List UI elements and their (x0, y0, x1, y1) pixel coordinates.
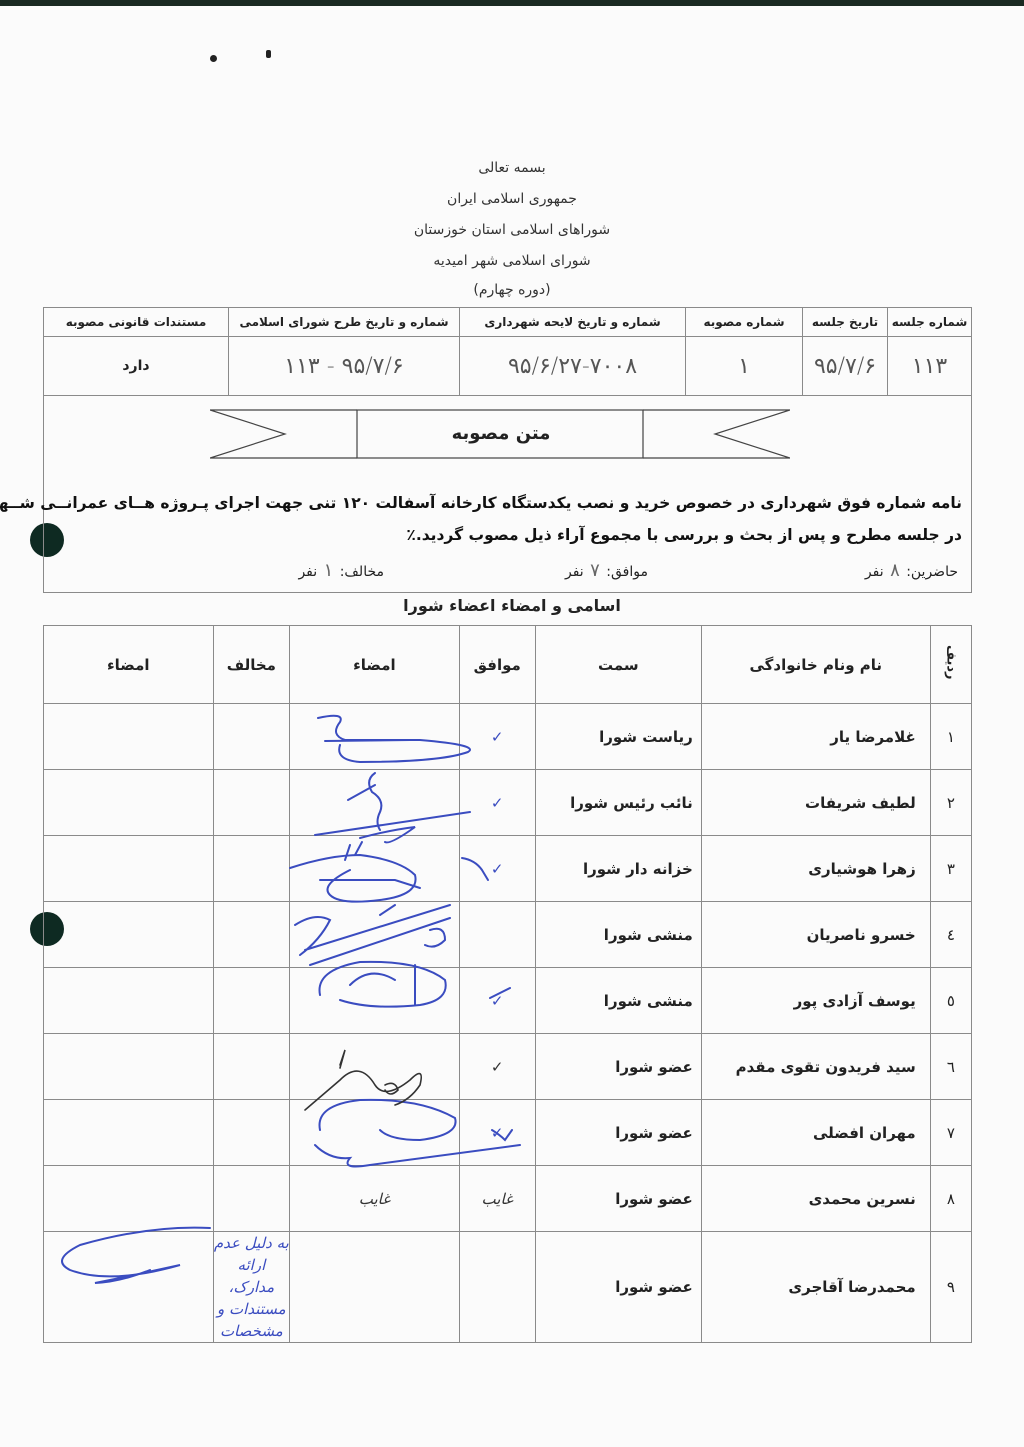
member-name: یوسف آزادی پور (701, 968, 930, 1034)
resolution-meta-table: شماره جلسه تاریخ جلسه شماره مصوبه شماره … (43, 307, 972, 396)
row-number: ۳ (930, 836, 971, 902)
agree-checkmark: ✓ (459, 968, 535, 1034)
present-value: ۸ (888, 560, 902, 581)
signature-2-cell (44, 1034, 214, 1100)
signature-cell (290, 1034, 459, 1100)
municipality-bill-value: ۹۵/۶/۲۷-۷۰۰۸ (460, 337, 686, 396)
table-row: ۲ لطیف شریفات نائب رئیس شورا ✓ (44, 770, 972, 836)
signature-2-cell (44, 836, 214, 902)
table-row: ۷ مهران افضلی عضو شورا ✓ (44, 1100, 972, 1166)
signature-cell (290, 770, 459, 836)
members-section-title: اسامی و امضاء اعضاء شورا (0, 596, 1024, 615)
header-municipality-bill: شماره و تاریخ لایحه شهرداری (460, 308, 686, 337)
header-session-number: شماره جلسه (888, 308, 972, 337)
member-name: خسرو ناصریان (701, 902, 930, 968)
table-row: ٤ خسرو ناصریان منشی شورا (44, 902, 972, 968)
member-role: خزانه دار شورا (535, 836, 701, 902)
scan-speck (266, 50, 271, 58)
header-agree: موافق (459, 626, 535, 704)
member-role: عضو شورا (535, 1034, 701, 1100)
table-row: ۸ نسرین محمدی عضو شورا غایب غایب (44, 1166, 972, 1232)
resolution-text-line-1: نامه شماره فوق شهرداری در خصوص خرید و نص… (0, 494, 962, 512)
row-number: ٥ (930, 968, 971, 1034)
oppose-cell (213, 968, 290, 1034)
council-plan-value: ۹۵/۷/۶ - ۱۱۳ (229, 337, 460, 396)
signature-2-cell (44, 902, 214, 968)
absent-mark: غایب (459, 1166, 535, 1232)
member-role: منشی شورا (535, 902, 701, 968)
agree-label: موافق: (606, 564, 648, 580)
oppose-cell (213, 770, 290, 836)
header-line-province: شوراهای اسلامی استان خوزستان (0, 215, 1024, 246)
session-number-value: ۱۱۳ (888, 337, 972, 396)
scan-speck (210, 55, 217, 62)
agree-cell (459, 902, 535, 968)
agree-checkmark: ✓ (459, 836, 535, 902)
member-role: عضو شورا (535, 1232, 701, 1343)
agree-checkmark: ✓ (459, 1100, 535, 1166)
header-line-country: جمهوری اسلامی ایران (0, 184, 1024, 215)
members-table: ردیف نام ونام خانوادگی سمت موافق امضاء م… (43, 625, 972, 1343)
members-header-row: ردیف نام ونام خانوادگی سمت موافق امضاء م… (44, 626, 972, 704)
oppose-cell (213, 902, 290, 968)
absent-mark-signature: غایب (290, 1166, 459, 1232)
member-name: زهرا هوشیاری (701, 836, 930, 902)
row-number: ۱ (930, 704, 971, 770)
present-label: حاضرین: (906, 564, 958, 580)
oppose-cell (213, 836, 290, 902)
row-number: ٤ (930, 902, 971, 968)
legal-documents-value: دارد (44, 337, 229, 396)
member-name: غلامرضا یار (701, 704, 930, 770)
table-row: ۳ زهرا هوشیاری خزانه دار شورا ✓ (44, 836, 972, 902)
table-row: ٥ یوسف آزادی پور منشی شورا ✓ (44, 968, 972, 1034)
member-name: محمدرضا آقاجری (701, 1232, 930, 1343)
signature-2-cell (44, 968, 214, 1034)
session-date-value: ۹۵/۷/۶ (803, 337, 888, 396)
header-oppose: مخالف (213, 626, 290, 704)
oppose-value: ۱ (322, 560, 336, 581)
document-header: بسمه تعالی جمهوری اسلامی ایران شوراهای ا… (0, 153, 1024, 303)
header-session-date: تاریخ جلسه (803, 308, 888, 337)
table-row: ٦ سید فریدون تقوی مقدم عضو شورا ✓ (44, 1034, 972, 1100)
agree-count: موافق: ۷ نفر (565, 560, 648, 581)
oppose-count: مخالف: ۱ نفر (298, 560, 384, 581)
member-name: لطیف شریفات (701, 770, 930, 836)
member-role: نائب رئیس شورا (535, 770, 701, 836)
header-signature-2: امضاء (44, 626, 214, 704)
member-role: منشی شورا (535, 968, 701, 1034)
signature-cell (290, 1100, 459, 1166)
agree-cell (459, 1232, 535, 1343)
meta-header-row: شماره جلسه تاریخ جلسه شماره مصوبه شماره … (44, 308, 972, 337)
agree-value: ۷ (588, 560, 602, 581)
header-row-number-label: ردیف (943, 645, 958, 680)
oppose-cell (213, 1100, 290, 1166)
member-role: ریاست شورا (535, 704, 701, 770)
row-number: ٦ (930, 1034, 971, 1100)
oppose-unit: نفر (298, 564, 317, 580)
member-name: مهران افضلی (701, 1100, 930, 1166)
agree-unit: نفر (565, 564, 584, 580)
header-role: سمت (535, 626, 701, 704)
signature-2-cell (44, 1232, 214, 1343)
present-count: حاضرین: ۸ نفر (865, 560, 958, 581)
signature-2-cell (44, 770, 214, 836)
oppose-reason-note: به دلیل عدم ارائه مدارک، مستندات و مشخصا… (213, 1232, 290, 1343)
signature-cell (290, 968, 459, 1034)
agree-checkmark: ✓ (459, 770, 535, 836)
agree-checkmark: ✓ (459, 1034, 535, 1100)
resolution-number-value: ۱ (686, 337, 803, 396)
signature-2-cell (44, 1166, 214, 1232)
present-unit: نفر (865, 564, 884, 580)
signature-cell (290, 1232, 459, 1343)
row-number: ۸ (930, 1166, 971, 1232)
member-name: سید فریدون تقوی مقدم (701, 1034, 930, 1100)
oppose-label: مخالف: (340, 564, 384, 580)
header-signature: امضاء (290, 626, 459, 704)
header-name: نام ونام خانوادگی (701, 626, 930, 704)
oppose-cell (213, 1034, 290, 1100)
row-number: ۹ (930, 1232, 971, 1343)
oppose-cell (213, 704, 290, 770)
member-name: نسرین محمدی (701, 1166, 930, 1232)
resolution-title: متن مصوبه (357, 410, 645, 458)
signature-2-cell (44, 1100, 214, 1166)
signature-cell (290, 836, 459, 902)
signature-2-cell (44, 704, 214, 770)
header-legal-documents: مستندات قانونی مصوبه (44, 308, 229, 337)
header-line-bismillah: بسمه تعالی (0, 153, 1024, 184)
signature-cell (290, 704, 459, 770)
oppose-cell (213, 1166, 290, 1232)
agree-checkmark: ✓ (459, 704, 535, 770)
table-row: ۱ غلامرضا یار ریاست شورا ✓ (44, 704, 972, 770)
member-role: عضو شورا (535, 1100, 701, 1166)
row-number: ۲ (930, 770, 971, 836)
meta-value-row: ۱۱۳ ۹۵/۷/۶ ۱ ۹۵/۶/۲۷-۷۰۰۸ ۹۵/۷/۶ - ۱۱۳ د… (44, 337, 972, 396)
header-row-number: ردیف (930, 626, 971, 704)
scan-edge (0, 0, 1024, 6)
row-number: ۷ (930, 1100, 971, 1166)
header-line-city: شورای اسلامی شهر امیدیه (0, 246, 1024, 277)
table-row: ۹ محمدرضا آقاجری عضو شورا به دلیل عدم ار… (44, 1232, 972, 1343)
resolution-text-line-2: در جلسه مطرح و پس از بحث و بررسی با مجمو… (406, 526, 962, 544)
member-role: عضو شورا (535, 1166, 701, 1232)
header-resolution-number: شماره مصوبه (686, 308, 803, 337)
header-line-term: (دوره چهارم) (0, 277, 1024, 303)
header-council-plan: شماره و تاریخ طرح شورای اسلامی (229, 308, 460, 337)
signature-cell (290, 902, 459, 968)
